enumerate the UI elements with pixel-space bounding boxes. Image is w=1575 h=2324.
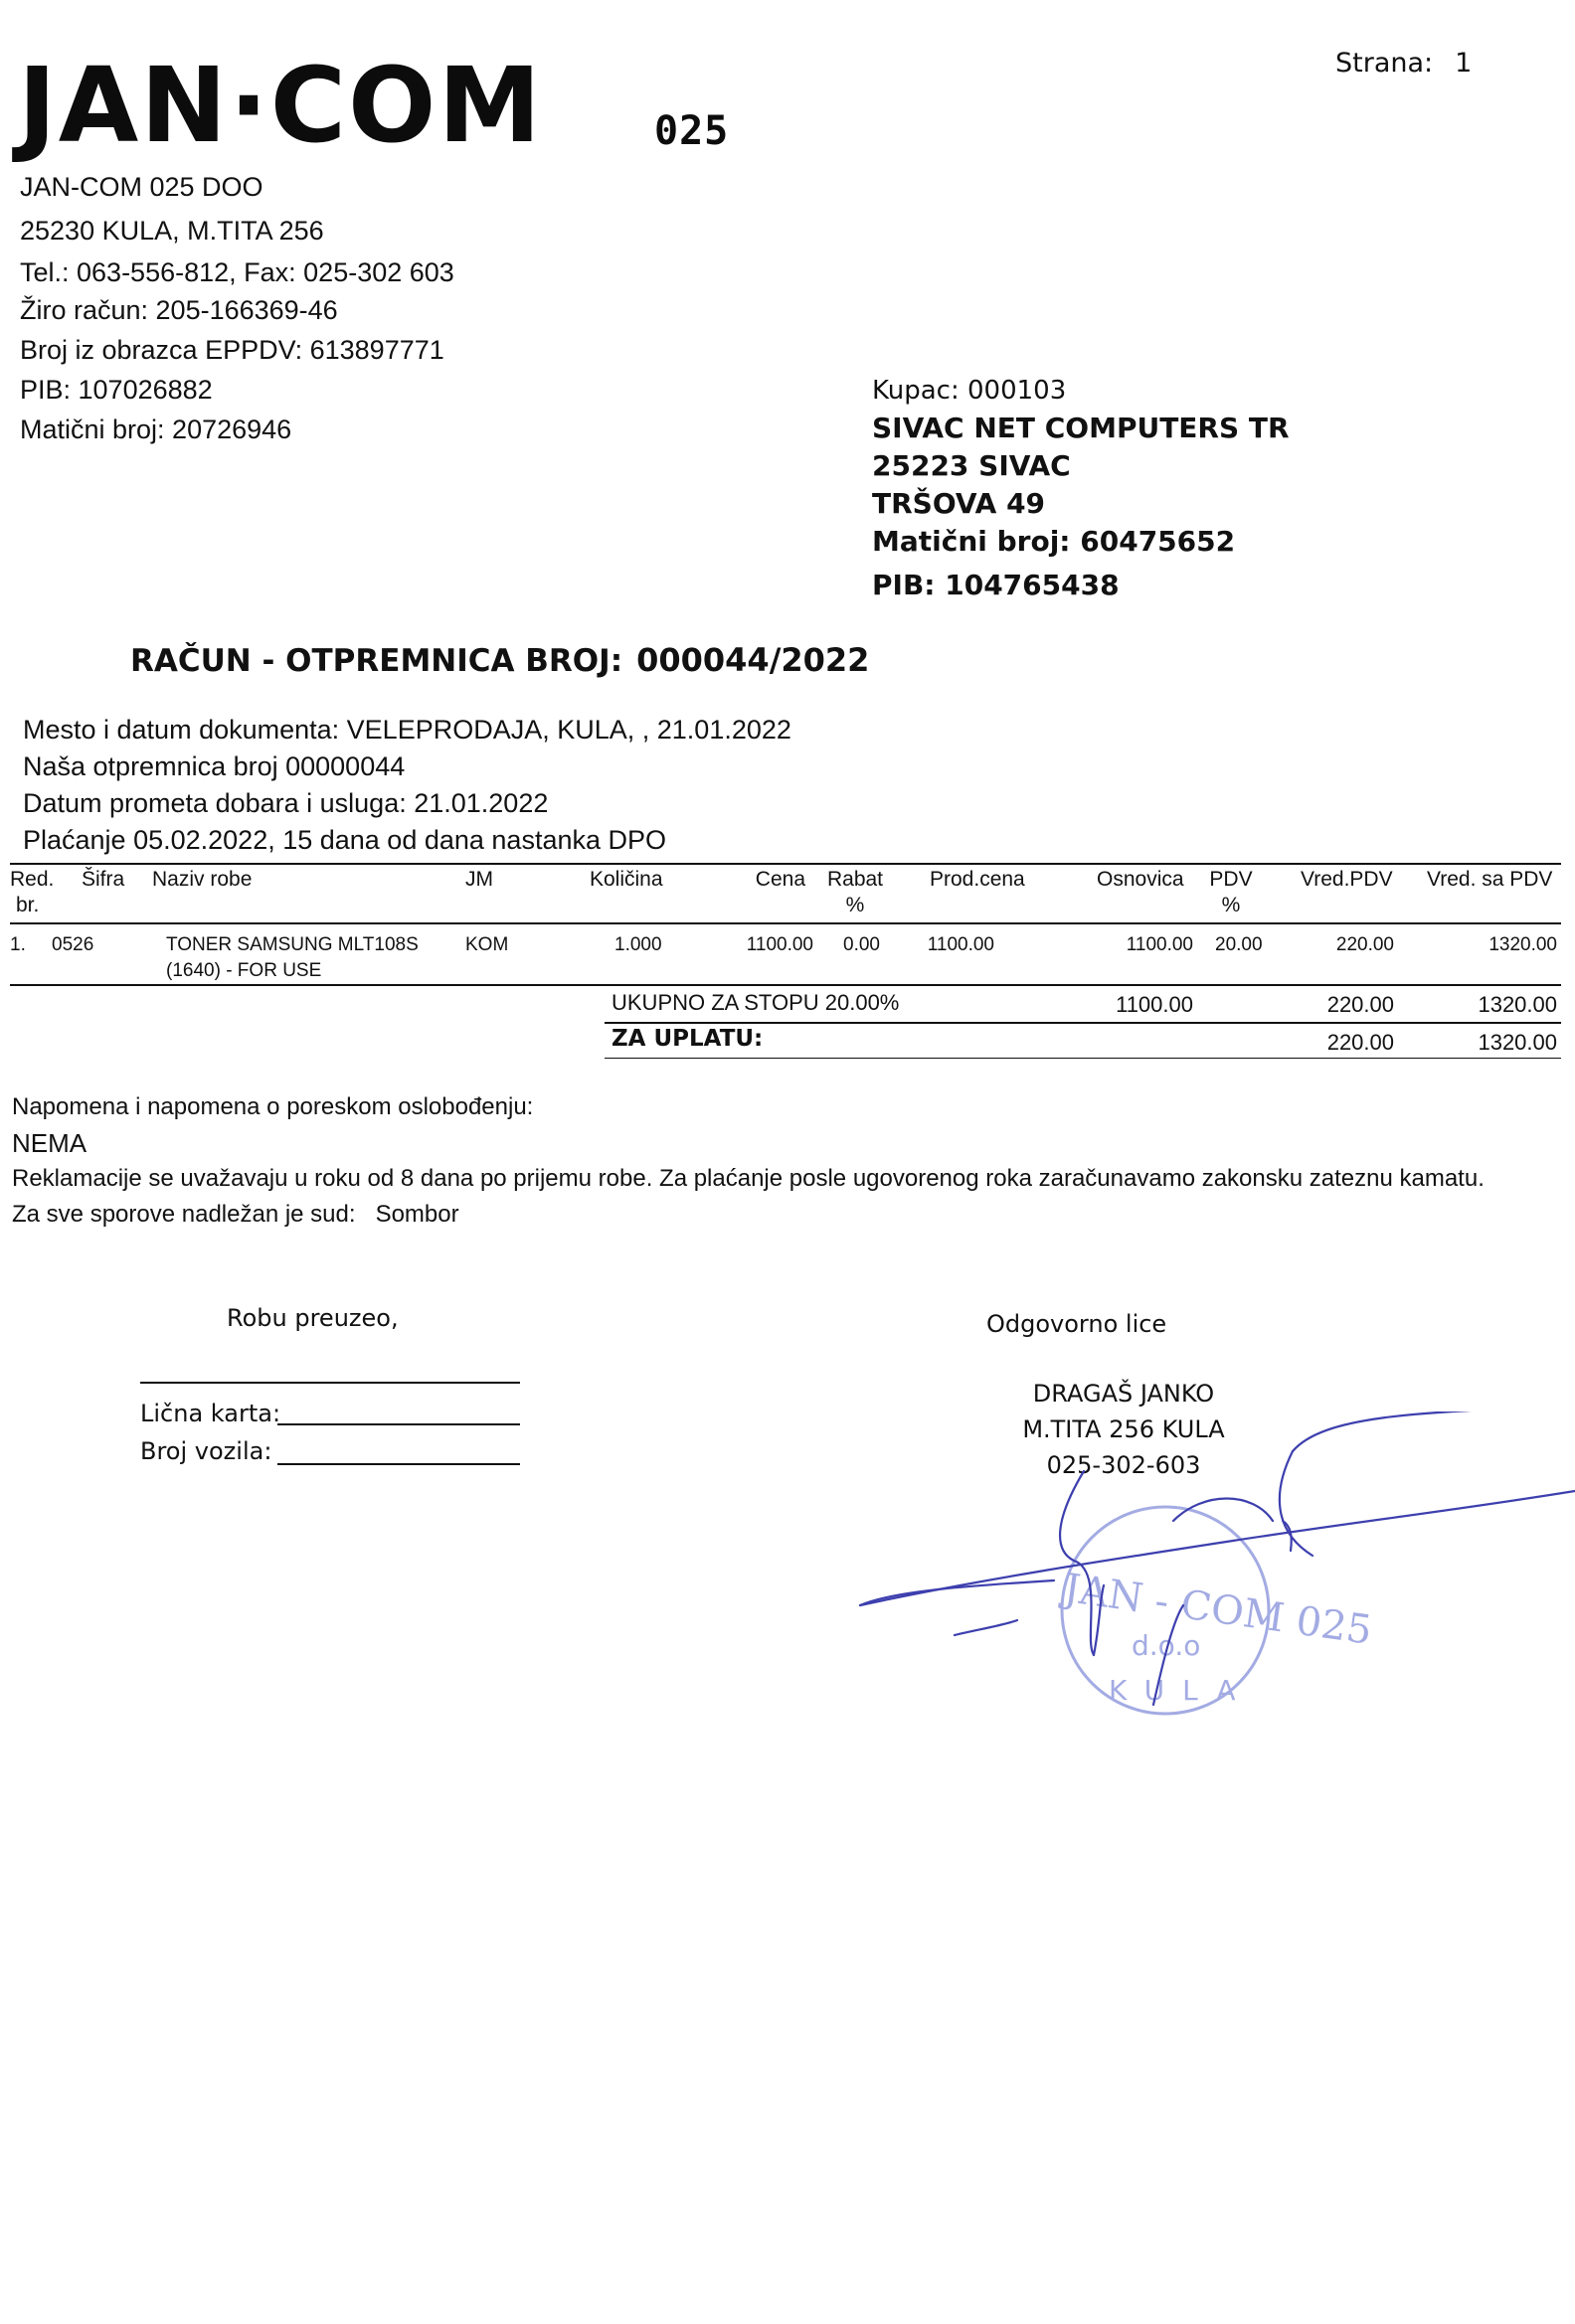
seller-registration: Matični broj: 20726946	[20, 410, 454, 449]
row-unit: KOM	[465, 932, 508, 958]
table-header-rule	[10, 922, 1561, 924]
court-note: Za sve sporove nadležan je sud: Sombor	[12, 1197, 1485, 1233]
page-number: Strana:1	[1335, 48, 1472, 79]
row-vat-rate: 20.00	[1215, 932, 1263, 958]
payment-terms: Plaćanje 05.02.2022, 15 dana od dana nas…	[23, 822, 791, 859]
svg-text:d.o.o: d.o.o	[1132, 1629, 1200, 1662]
logo-suffix: 025	[654, 113, 729, 149]
row-number: 1.	[10, 932, 26, 958]
seller-contact: Tel.: 063-556-812, Fax: 025-302 603	[20, 252, 454, 292]
grand-total-label: ZA UPLATU:	[612, 1026, 763, 1052]
logo-text: JAN·COM	[18, 56, 543, 155]
row-sale-price: 1100.00	[895, 932, 994, 958]
header-name: Naziv robe	[152, 867, 252, 893]
buyer-registration: Matični broj: 60475652	[872, 523, 1290, 561]
row-discount: 0.00	[843, 932, 880, 958]
delivery-note: Naša otpremnica broj 00000044	[23, 748, 791, 785]
row-base: 1100.00	[1094, 932, 1193, 958]
table-top-rule	[10, 863, 1561, 865]
responsible-person-label: Odgovorno lice	[986, 1310, 1166, 1338]
grand-total-vat: 220.00	[1293, 1030, 1394, 1056]
header-vat-rate: PDV %	[1203, 867, 1259, 918]
row-name: TONER SAMSUNG MLT108S (1640) - FOR USE	[166, 932, 419, 984]
buyer-name: SIVAC NET COMPUTERS TR	[872, 410, 1290, 447]
subtotal-vat: 220.00	[1293, 992, 1394, 1018]
notes-block: Napomena i napomena o poreskom oslobođen…	[12, 1089, 1485, 1233]
buyer-city: 25223 SIVAC	[872, 447, 1290, 485]
svg-text:KULA: KULA	[1109, 1674, 1254, 1707]
handwritten-signature-icon	[860, 1411, 1575, 1705]
subtotal-label: UKUPNO ZA STOPU 20.00%	[612, 990, 899, 1016]
document-number: 000044/2022	[636, 641, 869, 679]
grand-total-amount: 1320.00	[1452, 1030, 1557, 1056]
svg-text:JAN - COM 025: JAN - COM 025	[1057, 1565, 1375, 1654]
subtotal-base: 1100.00	[1094, 992, 1193, 1018]
header-vat-value: Vred.PDV	[1301, 867, 1393, 893]
header-price: Cena	[736, 867, 805, 893]
trade-date: Datum prometa dobara i usluga: 21.01.202…	[23, 785, 791, 822]
header-discount: Rabat %	[825, 867, 885, 918]
header-sale-price: Prod.cena	[930, 867, 1025, 893]
table-row-rule	[10, 984, 1561, 986]
vehicle-label: Broj vozila:	[140, 1437, 271, 1465]
page-value: 1	[1455, 48, 1472, 79]
row-price: 1100.00	[716, 932, 813, 958]
complaints-note: Reklamacije se uvažavaju u roku od 8 dan…	[12, 1161, 1485, 1197]
header-unit: JM	[465, 867, 493, 893]
buyer-block: Kupac: 000103 SIVAC NET COMPUTERS TR 252…	[872, 372, 1290, 604]
header-total: Vred. sa PDV	[1427, 867, 1552, 893]
subtotal-rule	[605, 1022, 1561, 1024]
seller-name: JAN-COM 025 DOO	[20, 167, 454, 207]
court-name: Sombor	[376, 1201, 459, 1228]
row-vat-value: 220.00	[1293, 932, 1394, 958]
document-meta: Mesto i datum dokumenta: VELEPRODAJA, KU…	[23, 712, 791, 859]
row-total: 1320.00	[1452, 932, 1557, 958]
notes-heading: Napomena i napomena o poreskom oslobođen…	[12, 1089, 1485, 1125]
header-code: Šifra	[82, 867, 124, 893]
row-code: 0526	[52, 932, 93, 958]
notes-value: NEMA	[12, 1125, 1485, 1161]
buyer-street: TRŠOVA 49	[872, 485, 1290, 523]
header-row-number: Red. br.	[10, 867, 54, 918]
seller-address: 25230 KULA, M.TITA 256	[20, 211, 454, 250]
page-label: Strana:	[1335, 48, 1433, 79]
received-by-signature-line	[140, 1382, 520, 1384]
subtotal-total: 1320.00	[1452, 992, 1557, 1018]
seller-block: JAN-COM 025 DOO 25230 KULA, M.TITA 256 T…	[20, 167, 454, 449]
document-title-label: RAČUN - OTPREMNICA BROJ:	[130, 643, 622, 679]
document-title: RAČUN - OTPREMNICA BROJ:000044/2022	[130, 641, 869, 679]
place-date: Mesto i datum dokumenta: VELEPRODAJA, KU…	[23, 712, 791, 748]
stamp-and-signature: JAN - COM 025 d.o.o KULA	[855, 1411, 1575, 1730]
buyer-pib: PIB: 104765438	[872, 567, 1290, 604]
buyer-code: Kupac: 000103	[872, 372, 1290, 410]
seller-eppdv: Broj iz obrazca EPPDV: 613897771	[20, 330, 454, 370]
vehicle-line	[277, 1463, 520, 1465]
header-base: Osnovica	[1097, 867, 1184, 893]
id-card-label: Lična karta:	[140, 1400, 280, 1427]
grand-total-rule	[605, 1058, 1561, 1059]
header-qty: Količina	[590, 867, 663, 893]
company-stamp-icon: JAN - COM 025 d.o.o KULA	[1057, 1507, 1375, 1714]
seller-account: Žiro račun: 205-166369-46	[20, 290, 454, 330]
id-card-line	[277, 1423, 520, 1425]
received-by-label: Robu preuzeo,	[227, 1304, 399, 1332]
row-qty: 1.000	[614, 932, 662, 958]
responsible-person-name: DRAGAŠ JANKO	[974, 1376, 1273, 1411]
seller-pib: PIB: 107026882	[20, 370, 454, 410]
